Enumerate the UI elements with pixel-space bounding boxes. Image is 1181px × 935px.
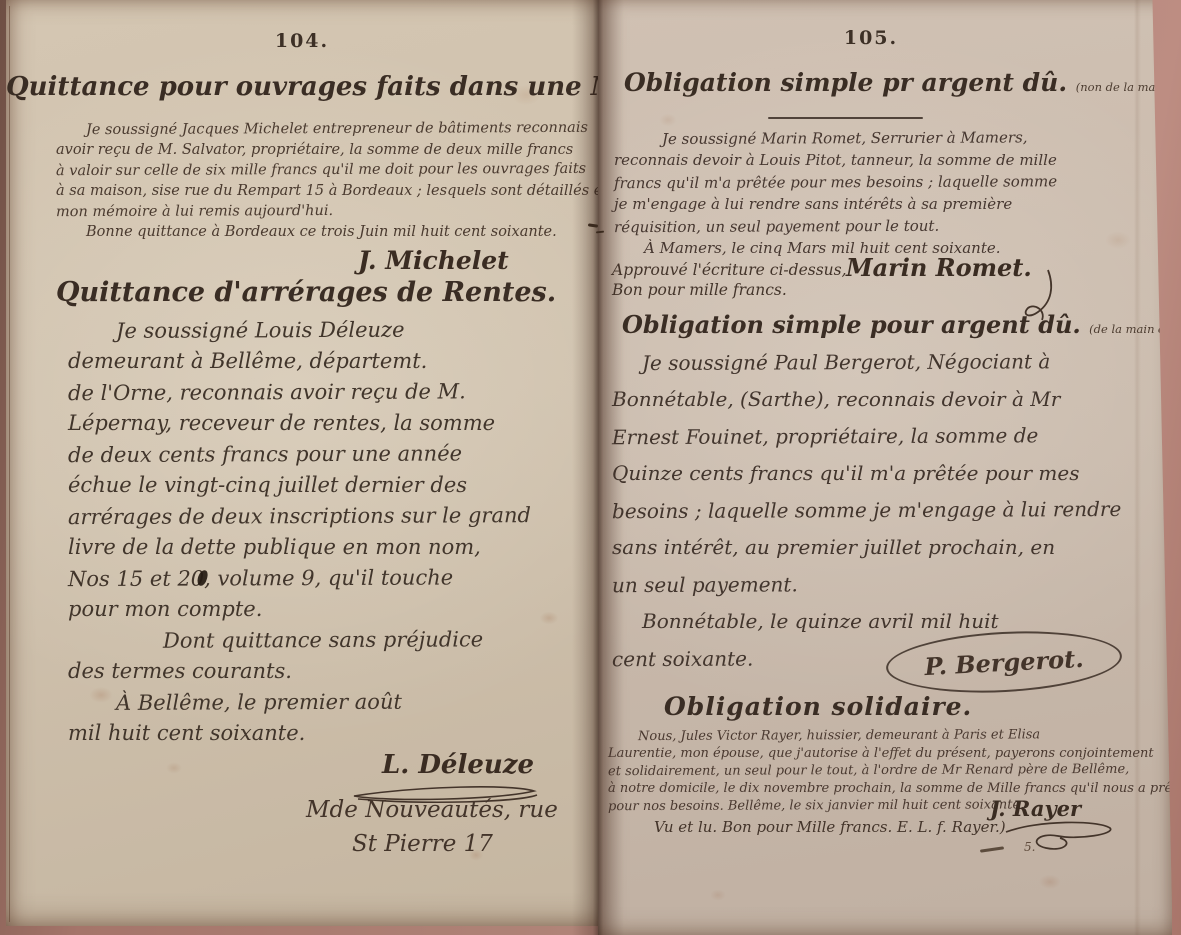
text-line: à valoir sur celle de six mille francs q…: [56, 159, 591, 182]
text-line: Nos 15 et 20, volume 9, qu'il touche: [68, 562, 588, 595]
title-text: Obligation simple pour argent dû.: [622, 310, 1081, 339]
page-105: 105. Obligation simple pr argent dû. (no…: [598, 0, 1172, 935]
title-text: Quittance d'arrérages de Rentes.: [56, 277, 556, 308]
title-text: Obligation simple pr argent dû.: [624, 68, 1067, 97]
bon-pour-line: Bon pour mille francs.: [612, 281, 787, 299]
text-line: Bonnétable, (Sarthe), reconnais devoir à…: [612, 381, 1157, 418]
text-line: et solidairement, un seul pour le tout, …: [608, 761, 1156, 781]
page-number-105: 105.: [598, 27, 1172, 49]
text-line: des termes courants.: [68, 656, 588, 687]
approval-line: Approuvé l'écriture ci-dessus,: [612, 261, 847, 279]
approval-text: Approuvé l'écriture ci-dessus,: [612, 261, 847, 279]
text-line: À Bellême, le premier août: [68, 686, 588, 719]
text-line: Je soussigné Paul Bergerot, Négociant à: [612, 343, 1157, 382]
text-line: Laurentie, mon épouse, que j'autorise à …: [608, 745, 1156, 763]
text-line: Bonne quittance à Bordeaux ce trois Juin…: [56, 222, 591, 243]
text-line: avoir reçu de M. Salvator, propriétaire,…: [56, 140, 591, 161]
text-line: à notre domicile, le dix novembre procha…: [608, 780, 1156, 798]
text-line: pour mon compte.: [68, 594, 588, 625]
text-line: reconnais devoir à Louis Pitot, tanneur,…: [614, 149, 1154, 171]
text-line: sans intérêt, au premier juillet prochai…: [612, 529, 1157, 566]
text-line: mil huit cent soixante.: [68, 718, 588, 749]
text-line: échue le vingt-cinq juillet dernier des: [68, 470, 588, 501]
title-obligation-simple-1: Obligation simple pr argent dû. (non de …: [624, 68, 1181, 97]
text-line: demeurant à Bellême, départemt.: [68, 346, 588, 377]
signature-bergerot: P. Bergerot.: [924, 643, 1084, 680]
signature-michelet: J. Michelet: [358, 246, 509, 275]
text-line: livre de la dette publique en mon nom,: [68, 532, 588, 563]
title-underline: [768, 117, 923, 119]
vu-et-lu-line: Vu et lu. Bon pour Mille francs. E. L. f…: [654, 818, 1006, 836]
title-note: (non de la main de l'obligé).: [1076, 80, 1181, 94]
address-line: St Pierre 17: [352, 831, 493, 857]
text-line: Ernest Fouinet, propriétaire, la somme d…: [612, 417, 1157, 456]
text-line: francs qu'il m'a prêtée pour mes besoins…: [614, 170, 1154, 194]
text-line: à sa maison, sise rue du Rempart 15 à Bo…: [56, 181, 591, 202]
text-line: Je soussigné Marin Romet, Serrurier à Ma…: [614, 126, 1154, 150]
title-quittance-arrerages: Quittance d'arrérages de Rentes.: [56, 277, 556, 308]
text-line: de deux cents francs pour une année: [68, 438, 588, 471]
signature-marin-romet: Marin Romet.: [846, 253, 1032, 282]
paragraph-obligation-2: Je soussigné Paul Bergerot, Négociant àB…: [612, 344, 1157, 677]
title-note: (de la main de l'obligé).: [1089, 322, 1181, 336]
paragraph-quittance-arrerages: Je soussigné Louis Déleuzedemeurant à Be…: [68, 315, 588, 749]
text-line: un seul payement.: [612, 565, 1157, 604]
text-line: Nous, Jules Victor Rayer, huissier, deme…: [608, 726, 1156, 746]
sheet-mark: 5.: [1024, 840, 1035, 854]
text-line: Je soussigné Louis Déleuze: [68, 314, 588, 347]
paragraph-quittance-ouvrages: Je soussigné Jacques Michelet entreprene…: [56, 119, 591, 242]
text-line: je m'engage à lui rendre sans intérêts à…: [614, 193, 1154, 215]
title-obligation-simple-2: Obligation simple pour argent dû. (de la…: [622, 310, 1181, 339]
title-quittance-ouvrages: Quittance pour ouvrages faits dans une M…: [6, 72, 598, 102]
page-104: 104. Quittance pour ouvrages faits dans …: [6, 0, 598, 926]
title-text: Obligation solidaire.: [664, 692, 972, 721]
text-line: réquisition, un seul payement pour le to…: [614, 214, 1154, 238]
text-line: de l'Orne, reconnais avoir reçu de M.: [68, 376, 588, 409]
text-line: Lépernay, receveur de rentes, la somme: [68, 408, 588, 439]
book-photo: 104. Quittance pour ouvrages faits dans …: [0, 0, 1181, 935]
address-line: Mde Nouveautés, rue: [306, 797, 558, 823]
text-line: mon mémoire à lui remis aujourd'hui.: [56, 200, 591, 223]
title-obligation-solidaire: Obligation solidaire.: [664, 692, 972, 721]
paragraph-obligation-1: Je soussigné Marin Romet, Serrurier à Ma…: [614, 127, 1154, 259]
text-line: besoins ; laquelle somme je m'engage à l…: [612, 491, 1157, 530]
signature-deleuze: L. Déleuze: [382, 750, 534, 780]
text-line: arrérages de deux inscriptions sur le gr…: [68, 500, 588, 533]
page-number-104: 104.: [6, 30, 598, 52]
text-line: Je soussigné Jacques Michelet entreprene…: [56, 118, 591, 141]
text-line: Dont quittance sans préjudice: [68, 624, 588, 657]
signature-flourish: [998, 818, 1118, 854]
text-line: Quinze cents francs qu'il m'a prêtée pou…: [612, 455, 1157, 492]
